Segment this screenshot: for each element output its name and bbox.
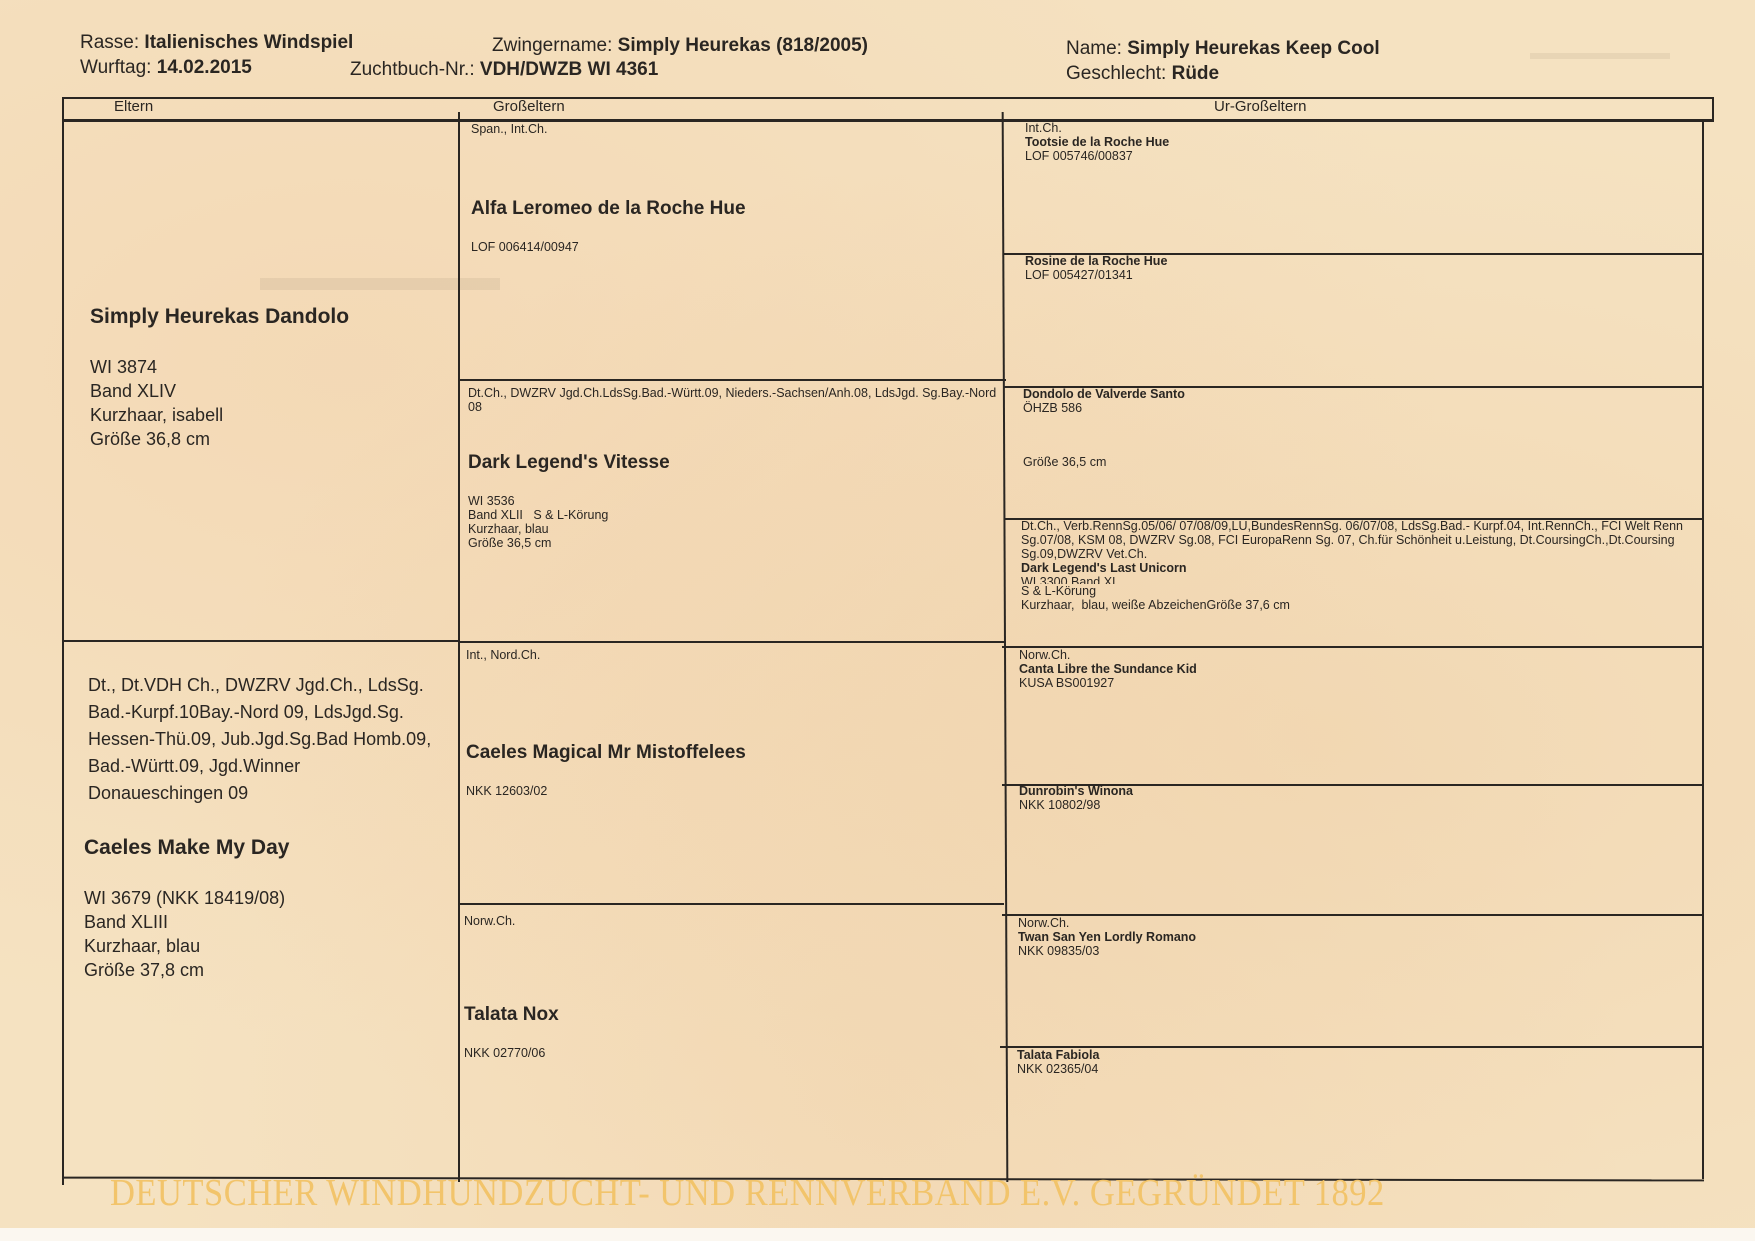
great-grandparent-3-registration: ÖHZB 586 bbox=[1023, 401, 1693, 415]
dam-volume: Band XLIII bbox=[84, 910, 454, 934]
great-grandparent-5: Norw.Ch. Canta Libre the Sundance Kid KU… bbox=[1019, 648, 1689, 690]
scan-margin bbox=[0, 1228, 1755, 1241]
grandparent-2-registration: WI 3536 bbox=[468, 494, 998, 508]
great-grandparent-2-registration: LOF 005427/01341 bbox=[1025, 268, 1695, 282]
association-footer: DEUTSCHER WINDHUNDZUCHT- UND RENNVERBAND… bbox=[110, 1171, 1548, 1215]
grandparent-1: Span., Int.Ch. Alfa Leromeo de la Roche … bbox=[471, 122, 996, 254]
dam-info: WI 3679 (NKK 18419/08) Band XLIII Kurzha… bbox=[84, 886, 454, 982]
bleed-through-text: ▬▬▬▬▬▬ bbox=[260, 255, 500, 300]
studbook-number-value: VDH/DWZB WI 4361 bbox=[480, 59, 658, 80]
column-header-great-grandparents: Ur-Großeltern bbox=[1214, 98, 1307, 115]
great-grandparent-5-name: Canta Libre the Sundance Kid bbox=[1019, 662, 1689, 676]
great-grandparent-4: Dt.Ch., Verb.RennSg.05/06/ 07/08/09,LU,B… bbox=[1021, 519, 1699, 612]
grandparent-4-name: Talata Nox bbox=[464, 1004, 994, 1026]
great-grandparent-5-titles: Norw.Ch. bbox=[1019, 648, 1689, 662]
column-header-grandparents: Großeltern bbox=[493, 98, 565, 115]
dam-titles-line: Hessen-Thü.09, Jub.Jgd.Sg.Bad Homb.09, bbox=[88, 726, 458, 753]
great-grandparent-3: Dondolo de Valverde Santo ÖHZB 586 Größe… bbox=[1023, 387, 1693, 469]
table-right-border bbox=[1702, 120, 1704, 1179]
grandparent-1-registration: LOF 006414/00947 bbox=[471, 240, 996, 254]
parent-dam-details: Caeles Make My Day WI 3679 (NKK 18419/08… bbox=[84, 836, 454, 982]
dog-name-label: Name: bbox=[1066, 38, 1122, 59]
dam-name: Caeles Make My Day bbox=[84, 836, 454, 860]
grandparent-2-titles: Dt.Ch., DWZRV Jgd.Ch.LdsSg.Bad.-Württ.09… bbox=[468, 386, 998, 414]
litter-date-field: Wurftag: 14.02.2015 bbox=[80, 57, 252, 79]
sex-label: Geschlecht: bbox=[1066, 63, 1166, 84]
great-grandparent-4-registration: WI 3300 Band XI bbox=[1021, 575, 1699, 584]
great-grandparent-3-name: Dondolo de Valverde Santo bbox=[1023, 387, 1693, 401]
litter-date-value: 14.02.2015 bbox=[157, 57, 252, 78]
grandparents-row-divider-3 bbox=[458, 903, 1004, 905]
grandparent-2-name: Dark Legend's Vitesse bbox=[468, 452, 998, 474]
great-grandparent-6: Dunrobin's Winona NKK 10802/98 bbox=[1019, 784, 1689, 812]
great-grandparent-4-koerung: S & L-Körung bbox=[1021, 584, 1699, 598]
grandparents-row-divider-2 bbox=[458, 641, 1006, 643]
dog-name-value: Simply Heurekas Keep Cool bbox=[1127, 38, 1379, 59]
dam-titles-line: Bad.-Württ.09, Jgd.Winner bbox=[88, 753, 458, 780]
sire-volume: Band XLIV bbox=[90, 379, 450, 403]
grandparent-2-info: WI 3536 Band XLII S & L-Körung Kurzhaar,… bbox=[468, 494, 998, 550]
grandparent-2-volume: Band XLII S & L-Körung bbox=[468, 508, 998, 522]
bleed-through-text: ▬▬▬▬▬▬▬ bbox=[1530, 42, 1670, 65]
breed-field: Rasse: Italienisches Windspiel bbox=[80, 32, 353, 54]
great-grandparent-1-titles: Int.Ch. bbox=[1025, 121, 1695, 135]
litter-date-label: Wurftag: bbox=[80, 57, 151, 78]
dam-titles: Dt., Dt.VDH Ch., DWZRV Jgd.Ch., LdsSg. B… bbox=[88, 672, 458, 807]
grandparent-2-height: Größe 36,5 cm bbox=[468, 536, 998, 550]
header-right-border bbox=[1712, 97, 1714, 121]
great-grandparent-2-name: Rosine de la Roche Hue bbox=[1025, 254, 1695, 268]
grandparents-row-divider-1 bbox=[458, 379, 1006, 381]
grandparent-1-titles: Span., Int.Ch. bbox=[471, 122, 996, 136]
sire-name: Simply Heurekas Dandolo bbox=[90, 305, 450, 329]
studbook-number-label: Zuchtbuch-Nr.: bbox=[350, 59, 475, 80]
great-grandparent-7: Norw.Ch. Twan San Yen Lordly Romano NKK … bbox=[1018, 916, 1688, 958]
parents-row-divider bbox=[62, 640, 460, 642]
grandparent-2-coat: Kurzhaar, blau bbox=[468, 522, 998, 536]
grandparent-1-name: Alfa Leromeo de la Roche Hue bbox=[471, 198, 996, 220]
parent-dam: Dt., Dt.VDH Ch., DWZRV Jgd.Ch., LdsSg. B… bbox=[88, 672, 458, 807]
great-grandparent-3-height: Größe 36,5 cm bbox=[1023, 455, 1693, 469]
dam-registration: WI 3679 (NKK 18419/08) bbox=[84, 886, 454, 910]
dam-titles-line: Bad.-Kurpf.10Bay.-Nord 09, LdsJgd.Sg. bbox=[88, 699, 458, 726]
sire-height: Größe 36,8 cm bbox=[90, 427, 450, 451]
great-grandparent-8-name: Talata Fabiola bbox=[1017, 1048, 1687, 1062]
kennel-name-label: Zwingername: bbox=[492, 35, 612, 56]
grandparent-4: Norw.Ch. Talata Nox NKK 02770/06 bbox=[464, 914, 994, 1060]
great-grandparent-1: Int.Ch. Tootsie de la Roche Hue LOF 0057… bbox=[1025, 121, 1695, 163]
grandparent-3-name: Caeles Magical Mr Mistoffelees bbox=[466, 742, 996, 764]
great-grandparent-1-registration: LOF 005746/00837 bbox=[1025, 149, 1695, 163]
great-grandparent-7-registration: NKK 09835/03 bbox=[1018, 944, 1688, 958]
great-grandparent-7-name: Twan San Yen Lordly Romano bbox=[1018, 930, 1688, 944]
studbook-number-field: Zuchtbuch-Nr.: VDH/DWZB WI 4361 bbox=[350, 59, 658, 81]
sire-info: WI 3874 Band XLIV Kurzhaar, isabell Größ… bbox=[90, 355, 450, 451]
breed-value: Italienisches Windspiel bbox=[144, 32, 353, 53]
grandparent-3-registration: NKK 12603/02 bbox=[466, 784, 996, 798]
grandparent-4-registration: NKK 02770/06 bbox=[464, 1046, 994, 1060]
table-top-border bbox=[62, 97, 1714, 99]
parent-sire: Simply Heurekas Dandolo WI 3874 Band XLI… bbox=[90, 305, 450, 451]
grandparent-3: Int., Nord.Ch. Caeles Magical Mr Mistoff… bbox=[466, 648, 996, 798]
great-grandparent-6-name: Dunrobin's Winona bbox=[1019, 784, 1689, 798]
kennel-name-value: Simply Heurekas (818/2005) bbox=[618, 35, 868, 56]
great-grandparent-8: Talata Fabiola NKK 02365/04 bbox=[1017, 1048, 1687, 1076]
dog-name-field: Name: Simply Heurekas Keep Cool bbox=[1066, 38, 1380, 60]
sire-coat: Kurzhaar, isabell bbox=[90, 403, 450, 427]
dam-titles-line: Donaueschingen 09 bbox=[88, 780, 458, 807]
great-grandparent-4-name: Dark Legend's Last Unicorn bbox=[1021, 561, 1699, 575]
great-grandparent-1-name: Tootsie de la Roche Hue bbox=[1025, 135, 1695, 149]
great-grandparent-5-registration: KUSA BS001927 bbox=[1019, 676, 1689, 690]
grandparent-2: Dt.Ch., DWZRV Jgd.Ch.LdsSg.Bad.-Württ.09… bbox=[468, 386, 998, 550]
great-grandparent-7-titles: Norw.Ch. bbox=[1018, 916, 1688, 930]
dam-coat: Kurzhaar, blau bbox=[84, 934, 454, 958]
dam-titles-line: Dt., Dt.VDH Ch., DWZRV Jgd.Ch., LdsSg. bbox=[88, 672, 458, 699]
sex-field: Geschlecht: Rüde bbox=[1066, 63, 1219, 85]
column-header-parents: Eltern bbox=[114, 98, 153, 115]
great-grandparent-4-coat-height: Kurzhaar, blau, weiße AbzeichenGröße 37,… bbox=[1021, 598, 1699, 612]
sire-registration: WI 3874 bbox=[90, 355, 450, 379]
parents-column-divider bbox=[458, 112, 460, 1182]
grandparent-3-titles: Int., Nord.Ch. bbox=[466, 648, 996, 662]
great-grandparent-6-registration: NKK 10802/98 bbox=[1019, 798, 1689, 812]
grandparent-4-titles: Norw.Ch. bbox=[464, 914, 994, 928]
dam-height: Größe 37,8 cm bbox=[84, 958, 454, 982]
great-grandparent-4-titles: Dt.Ch., Verb.RennSg.05/06/ 07/08/09,LU,B… bbox=[1021, 519, 1699, 561]
breed-label: Rasse: bbox=[80, 32, 139, 53]
great-grandparent-8-registration: NKK 02365/04 bbox=[1017, 1062, 1687, 1076]
kennel-name-field: Zwingername: Simply Heurekas (818/2005) bbox=[492, 35, 868, 57]
great-grandparent-2: Rosine de la Roche Hue LOF 005427/01341 bbox=[1025, 254, 1695, 282]
sex-value: Rüde bbox=[1172, 63, 1220, 84]
